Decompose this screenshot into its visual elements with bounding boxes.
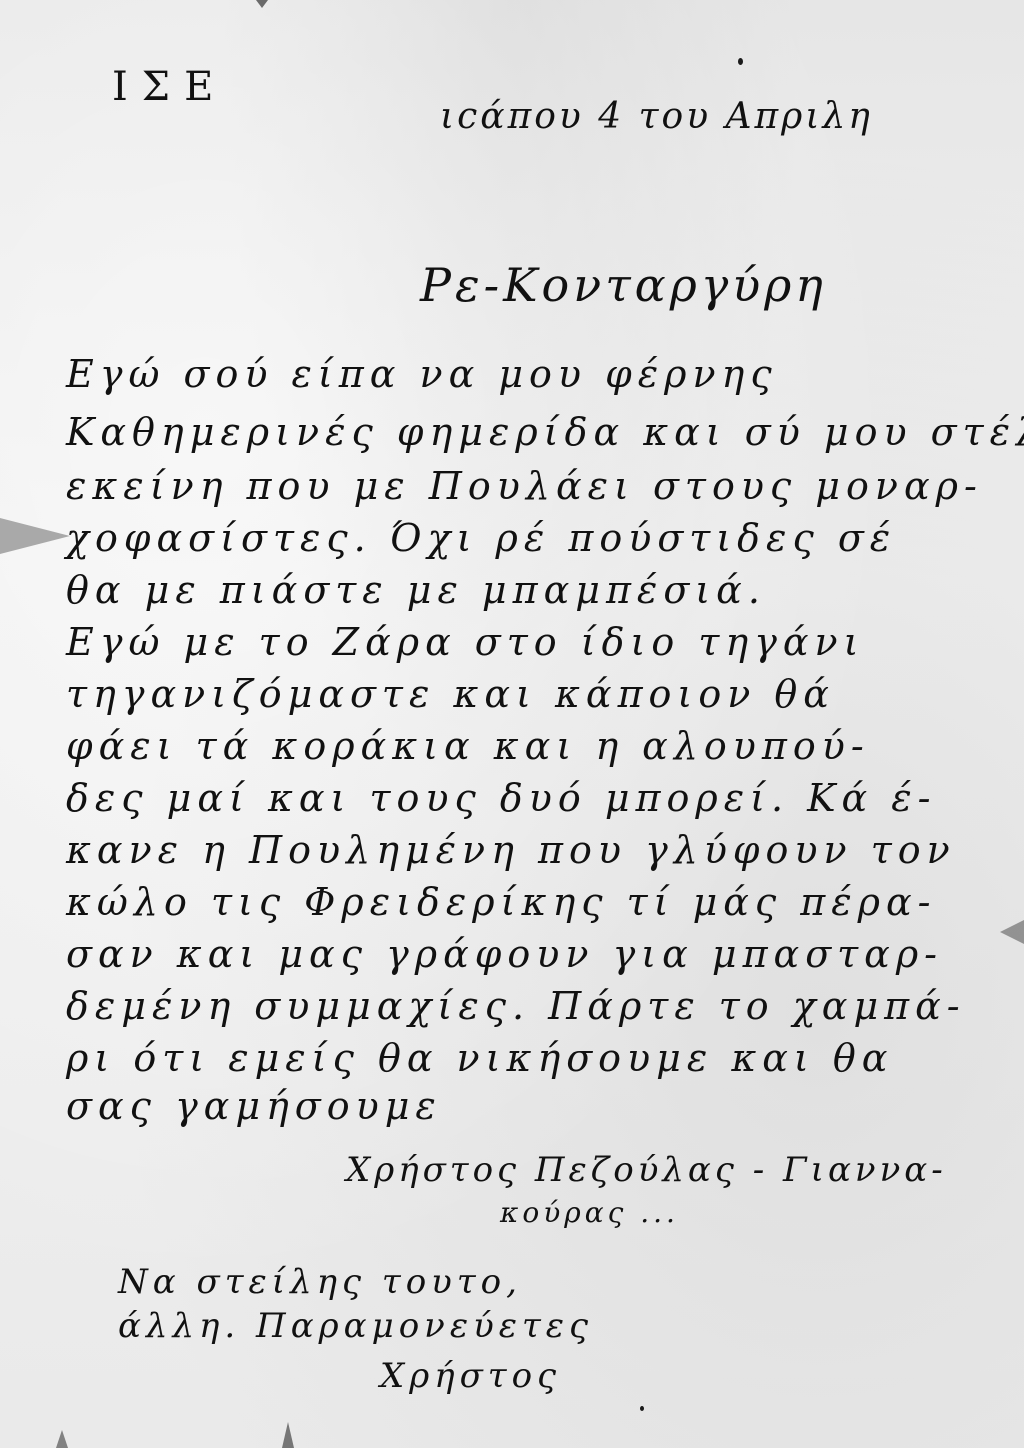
body-line: εκείνη που με Πουλάει στους μοναρ- <box>66 464 983 508</box>
letter-page: ΙΣΕ ιcάπου 4 του Απριλη Ρε-Κονταργύρη Εγ… <box>0 0 1024 1448</box>
torn-edge-shadow <box>56 1430 68 1448</box>
body-line: δεμένη συμμαχίες. Πάρτε το χαμπά- <box>66 984 966 1028</box>
body-line: θα με πιάστε με μπαμπέσιά. <box>66 568 766 612</box>
body-line: δες μαί και τους δυό μπορεί. Κά έ- <box>66 776 937 820</box>
torn-edge-shadow <box>256 0 268 8</box>
postscript-line: Χρήστος <box>380 1356 561 1396</box>
body-line: τηγανιζόμαστε και κάποιον θά <box>66 672 835 716</box>
torn-edge-shadow <box>0 518 70 554</box>
signature-line: Χρήστος Πεζούλας - Γιαννα- <box>346 1150 947 1190</box>
body-line: χοφασίστες. Όχι ρέ πούστιδες σέ <box>66 516 896 560</box>
postscript-line: άλλη. Παραμονεύετες <box>118 1306 593 1346</box>
body-line: σας γαμήσουμε <box>66 1084 442 1128</box>
ink-speck <box>738 58 743 65</box>
body-line: Εγώ με το Ζάρα στο ίδιο τηγάνι <box>66 620 865 664</box>
body-line: Εγώ σού είπα να μου φέρνης <box>66 352 778 396</box>
ink-speck <box>640 1406 644 1411</box>
body-line: κανε η Πουλημένη που γλύφουν τον <box>66 828 956 872</box>
body-line: Καθημερινές φημερίδα και σύ μου στέλνεις <box>66 410 1024 454</box>
torn-edge-shadow <box>282 1422 294 1448</box>
salutation: Ρε-Κονταργύρη <box>420 258 827 312</box>
body-line: φάει τά κοράκια και η αλουπού- <box>66 724 870 768</box>
place-date: ιcάπου 4 του Απριλη <box>440 96 873 137</box>
body-line: κώλο τις Φρειδερίκης τί μάς πέρα- <box>66 880 937 924</box>
body-line: ρι ότι εμείς θα νικήσουμε και θα <box>66 1036 893 1080</box>
torn-edge-shadow <box>1000 920 1024 944</box>
postscript-line: Να στείλης τουτο, <box>118 1262 522 1302</box>
corner-mark: ΙΣΕ <box>112 64 227 110</box>
body-line: σαν και μας γράφουν για μπασταρ- <box>66 932 943 976</box>
signature-line: κούρας ... <box>500 1196 679 1229</box>
